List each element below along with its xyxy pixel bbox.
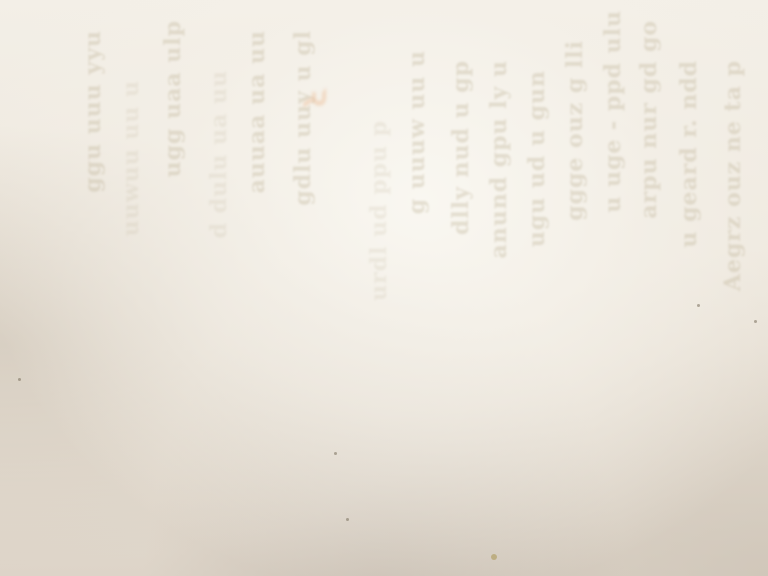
- manuscript-line: d dulu ua uu: [206, 70, 232, 238]
- manuscript-line: ugg uaa ulp: [160, 20, 186, 177]
- manuscript-line: anund gpu ly u: [486, 60, 512, 259]
- speck: [18, 378, 21, 381]
- manuscript-line: Aegrz ouz ne ta p: [720, 60, 746, 291]
- speck: [754, 320, 757, 323]
- manuscript-line: u geard r. ndd: [676, 60, 702, 248]
- manuscript-line: uuwuu uu u: [118, 80, 144, 236]
- speck: [334, 452, 337, 455]
- speck: [491, 554, 497, 560]
- manuscript-line: gdlu uuy u gl: [290, 30, 316, 206]
- manuscript-line: u uge - ppd ulu: [600, 10, 626, 213]
- manuscript-line: dlly nud u gp: [448, 60, 474, 235]
- manuscript-line: ugu ud u gun: [524, 70, 550, 247]
- manuscript-line: auuaa ua uu: [244, 30, 270, 193]
- speck: [697, 304, 700, 307]
- manuscript-line: g uuuw uu u: [404, 50, 430, 214]
- speck: [346, 518, 349, 521]
- manuscript-line: urdl ud ppu p: [366, 120, 392, 301]
- manuscript-line: ggu uuu yyu: [80, 30, 106, 193]
- rubric-initial: ꝛ: [292, 88, 347, 107]
- parchment-background: Aegrz ouz ne ta p u geard r. ndd arpu nu…: [0, 0, 768, 576]
- manuscript-line: ggge ouz g lli: [562, 40, 588, 221]
- manuscript-line: arpu nur gd go: [636, 20, 662, 219]
